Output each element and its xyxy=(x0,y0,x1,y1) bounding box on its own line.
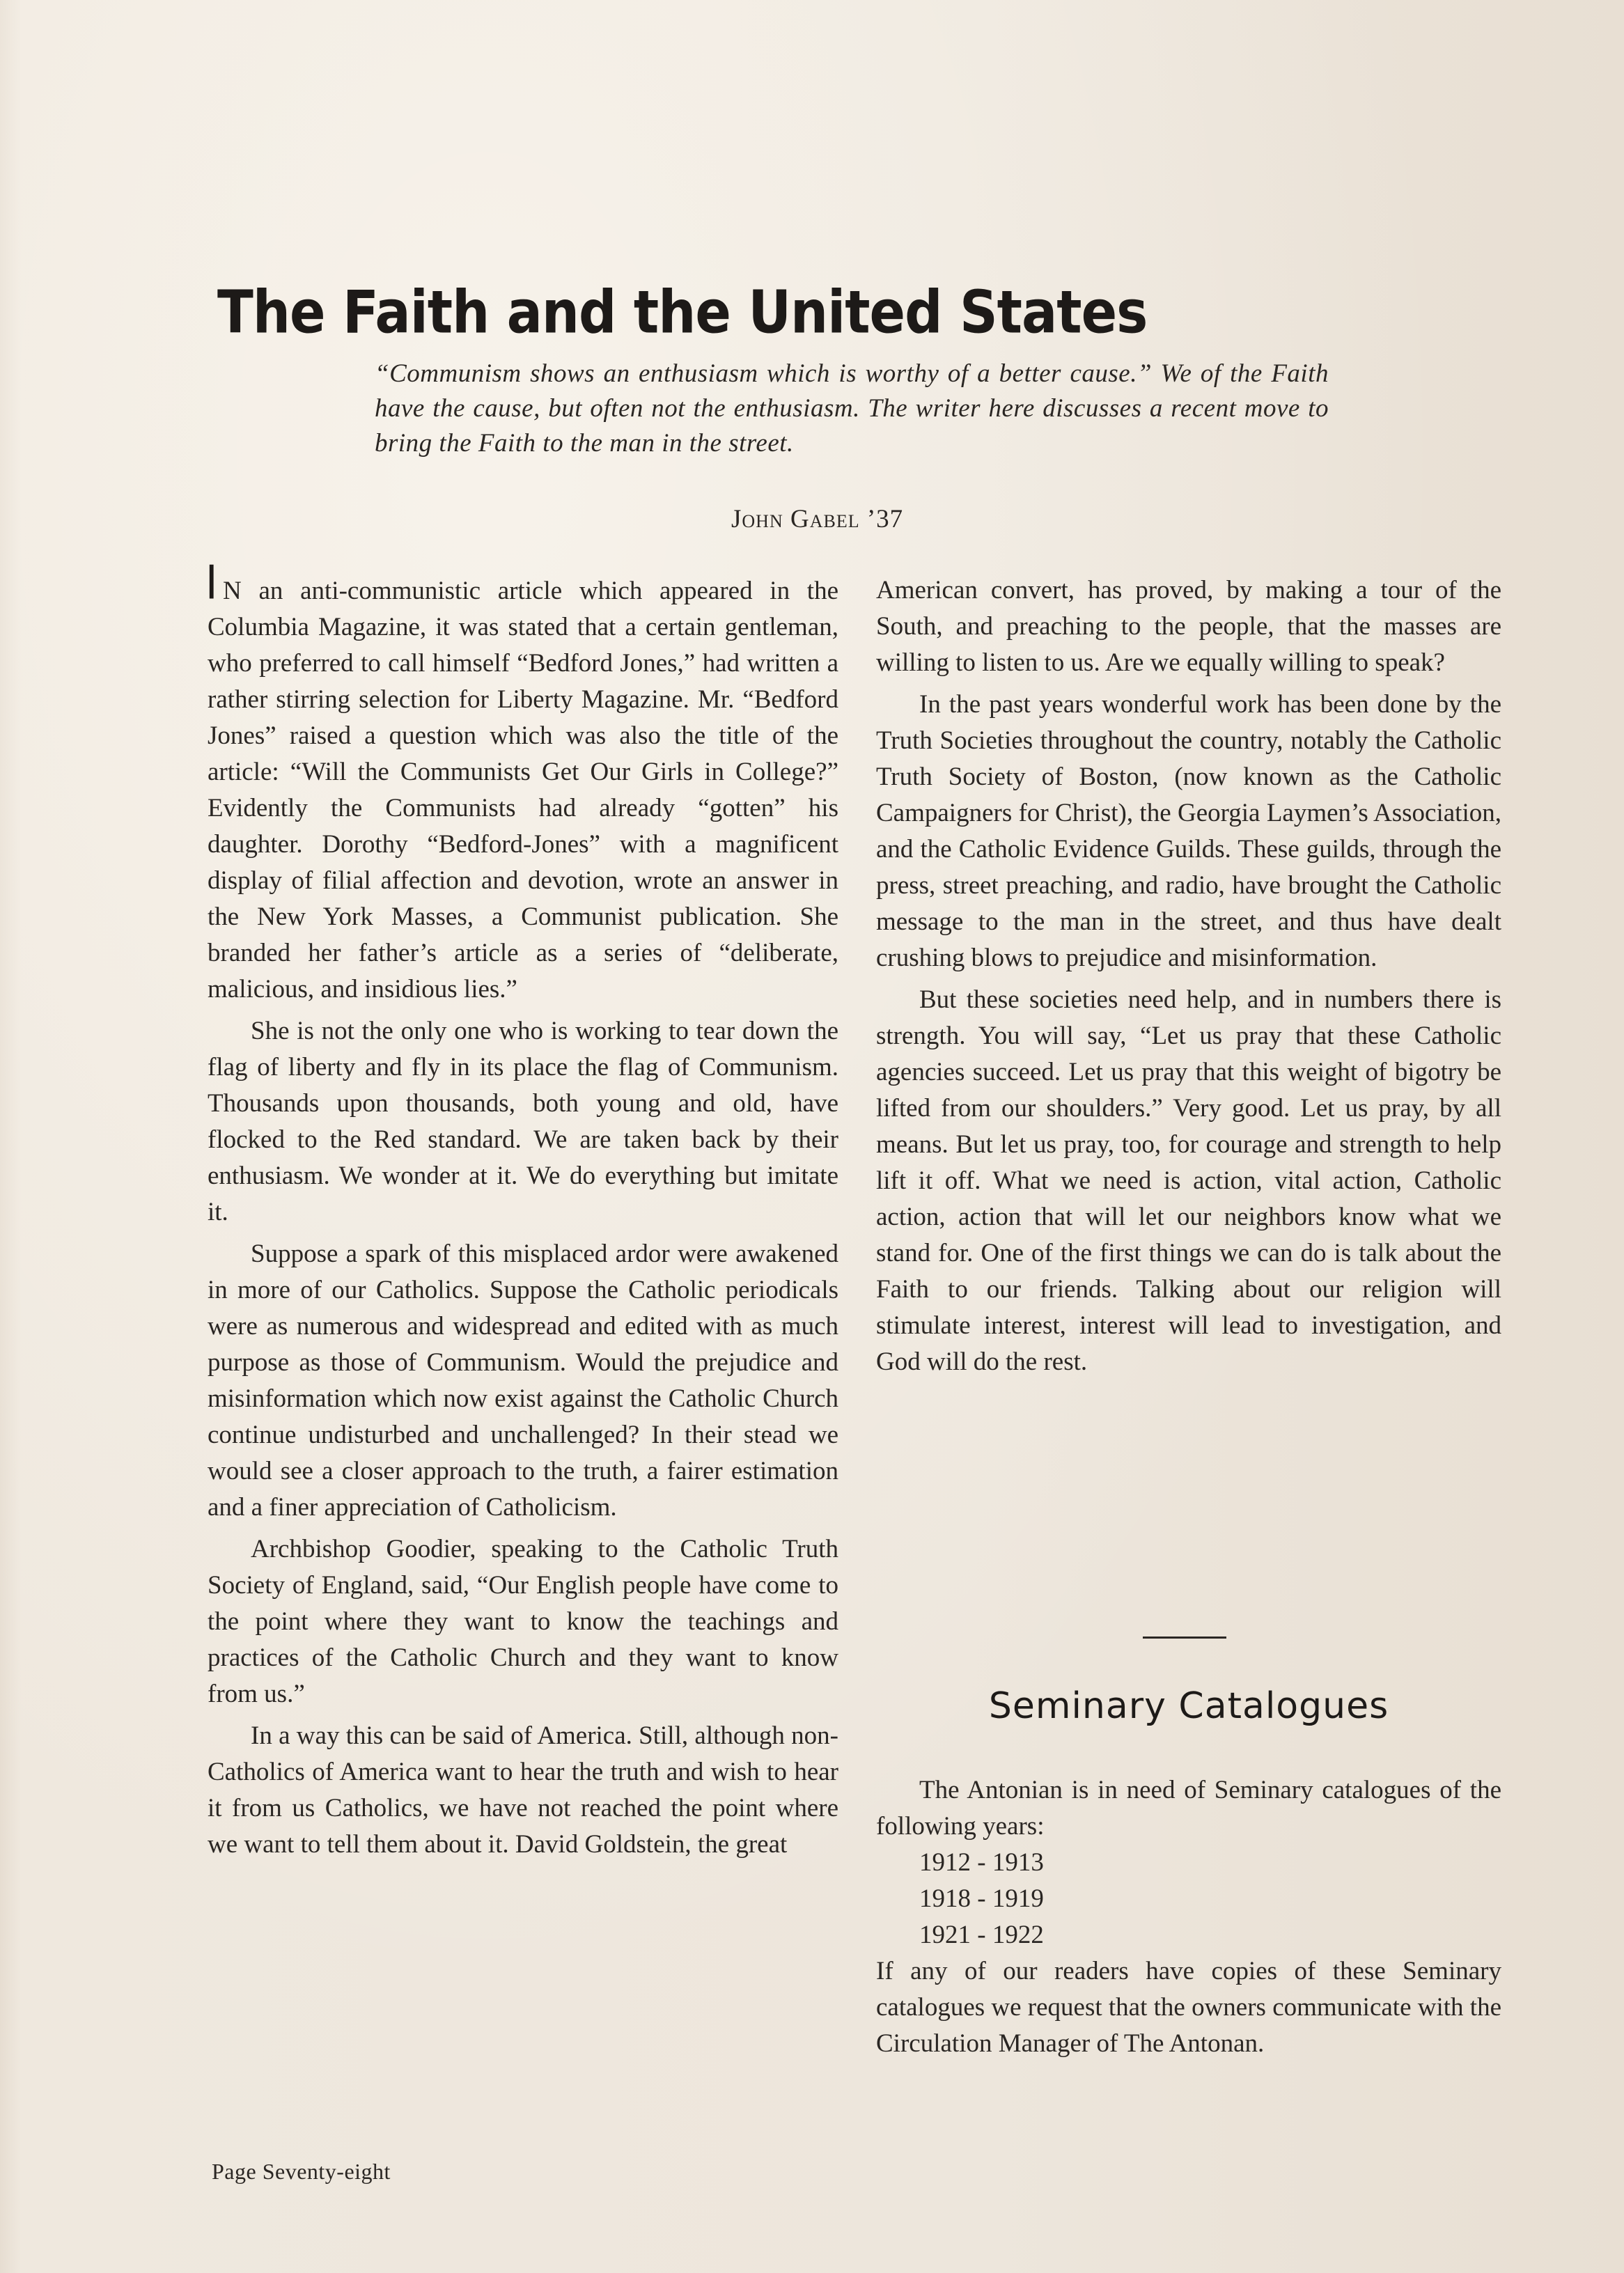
article-byline: John Gabel ’37 xyxy=(731,504,903,534)
article-column-right: American convert, has proved, by making … xyxy=(876,572,1501,1386)
magazine-page: The Faith and the United States “Communi… xyxy=(0,0,1624,2273)
article-paragraph: IN an anti-communistic article which app… xyxy=(208,572,838,1008)
notice-closing: If any of our readers have copies of the… xyxy=(876,1953,1501,2062)
section-divider xyxy=(1143,1637,1226,1639)
notice-title: Seminary Catalogues xyxy=(876,1685,1501,1727)
article-paragraph: In the past years wonderful work has bee… xyxy=(876,687,1501,976)
article-paragraph: She is not the only one who is working t… xyxy=(208,1013,838,1231)
drop-cap: I xyxy=(208,567,214,600)
page-number: Page Seventy-eight xyxy=(212,2159,391,2185)
year-range: 1912 - 1913 xyxy=(919,1845,1501,1881)
article-paragraph-continued: American convert, has proved, by making … xyxy=(876,572,1501,681)
article-title: The Faith and the United States xyxy=(217,277,1147,347)
year-range: 1918 - 1919 xyxy=(919,1881,1501,1917)
article-paragraph: But these societies need help, and in nu… xyxy=(876,982,1501,1380)
paragraph-text: N an anti-communistic article which appe… xyxy=(208,577,838,1003)
article-paragraph: Suppose a spark of this misplaced ardor … xyxy=(208,1236,838,1526)
article-column-left: IN an anti-communistic article which app… xyxy=(208,572,838,1868)
notice-lead: The Antonian is in need of Seminary cata… xyxy=(876,1772,1501,1845)
notice-body: The Antonian is in need of Seminary cata… xyxy=(876,1772,1501,2062)
article-paragraph: Archbishop Goodier, speaking to the Cath… xyxy=(208,1531,838,1712)
article-intro: “Communism shows an enthusiasm which is … xyxy=(375,357,1329,461)
article-paragraph: In a way this can be said of America. St… xyxy=(208,1718,838,1863)
year-list: 1912 - 1913 1918 - 1919 1921 - 1922 xyxy=(876,1845,1501,1953)
year-range: 1921 - 1922 xyxy=(919,1917,1501,1953)
